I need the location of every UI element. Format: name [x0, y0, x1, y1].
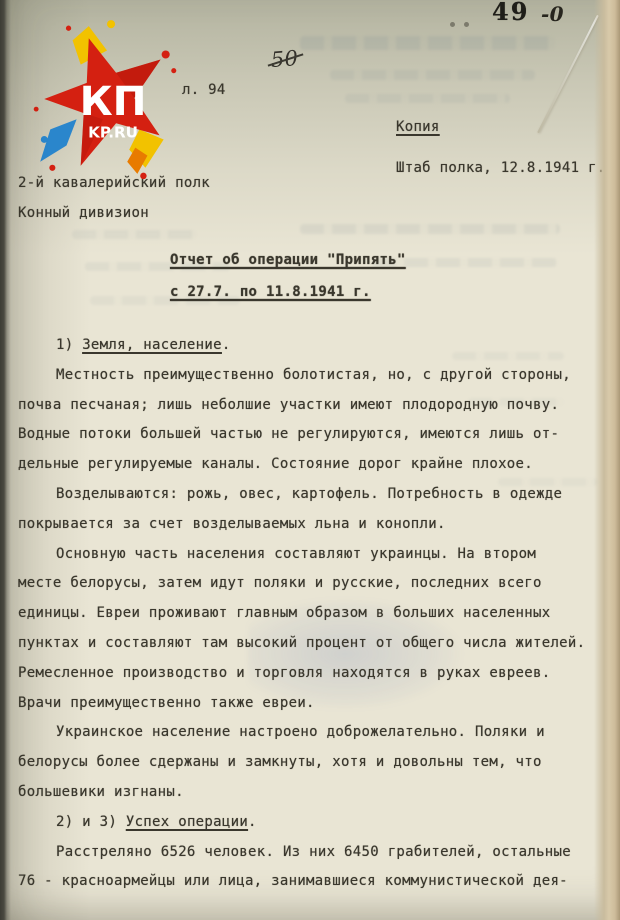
left-photo-edge [0, 0, 11, 920]
bleed-through-text [300, 224, 560, 234]
heading-number: 2) и 3) [56, 814, 126, 830]
text-line: Водные потоки большей частью не регулиру… [18, 420, 604, 450]
heading-underlined: Земля, население [82, 337, 222, 353]
text-line: почва песчаная; лишь неболшие участки им… [18, 391, 604, 421]
unit-name-line2: Конный дивизион [18, 205, 149, 221]
dateline: Штаб полка, 12.8.1941 г. [396, 160, 606, 176]
heading-underlined: Успех операции [126, 814, 248, 830]
heading-number: 1) [56, 337, 82, 353]
text-line: белорусы более сдержаны и замкнуты, хотя… [18, 748, 604, 778]
unit-name-line1: 2-й кавалерийский полк [18, 175, 210, 191]
heading-period: . [222, 337, 231, 353]
text-line: Врачи преимущественно также евреи. [18, 689, 604, 719]
text-line: Украинское население настроено доброжела… [18, 718, 604, 748]
page-stamp-number: 49 [492, 0, 529, 26]
body-text: 1) Земля, население. Местность преимущес… [18, 331, 604, 897]
logo-main-text: КП [80, 77, 147, 125]
bleed-through-text [300, 36, 555, 50]
kp-logo: КП KP.RU [22, 12, 194, 184]
faint-dots [450, 12, 484, 18]
bleed-through-text [345, 94, 510, 103]
page-stamp-suffix: -0 [541, 2, 564, 26]
bleed-through-text [72, 230, 197, 239]
text-line: Расстреляно 6526 человек. Из них 6450 гр… [18, 838, 604, 868]
text-line: покрывается за счет возделываемых льна и… [18, 510, 604, 540]
sheet-number: л. 94 [182, 82, 226, 98]
text-line: 76 - красноармейцы или лица, занимавшиес… [18, 867, 604, 897]
crossed-out-number-value: 50 [270, 46, 299, 72]
document-photo: КП KP.RU 50 л. 94 49 -0 Копия Штаб полка… [0, 0, 620, 920]
report-title-line1: Отчет об операции "Припять" [170, 252, 406, 268]
crossed-out-number: 50 [241, 22, 301, 98]
paper-crease [537, 15, 599, 134]
text-line: Ремесленное производство и торговля нахо… [18, 659, 604, 689]
text-line: единицы. Евреи проживают главным образом… [18, 599, 604, 629]
section-heading: 2) и 3) Успех операции. [18, 808, 604, 838]
text-line: Возделываются: рожь, овес, картофель. По… [18, 480, 604, 510]
kp-star-icon: КП KP.RU [22, 12, 194, 184]
copy-label: Копия [396, 119, 440, 135]
text-line: пунктах и составляют там высокий процент… [18, 629, 604, 659]
report-title-line2: с 27.7. по 11.8.1941 г. [170, 284, 371, 300]
heading-period: . [248, 814, 257, 830]
text-line: дельные регулируемые каналы. Состояние д… [18, 450, 604, 480]
text-line: Местность преимущественно болотистая, но… [18, 361, 604, 391]
text-line: Основную часть населения составляют укра… [18, 540, 604, 570]
right-page-edge [594, 0, 620, 920]
text-line: большевики изгнаны. [18, 778, 604, 808]
logo-sub-text: KP.RU [88, 123, 138, 141]
text-line: месте белорусы, затем идут поляки и русс… [18, 569, 604, 599]
section-heading: 1) Земля, население. [18, 331, 604, 361]
bleed-through-text [330, 70, 535, 80]
